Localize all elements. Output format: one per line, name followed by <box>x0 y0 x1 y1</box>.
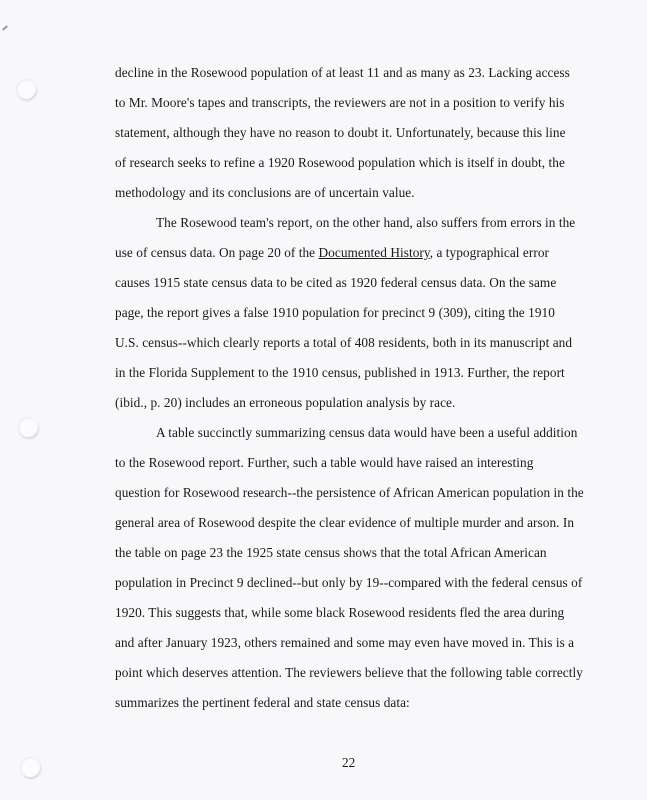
paragraph-1-line-4: of research seeks to refine a 1920 Rosew… <box>115 155 565 171</box>
paragraph-2-line-2-end: , a typographical error <box>430 245 549 260</box>
paragraph-3-line-3: question for Rosewood research--the pers… <box>115 485 584 501</box>
paragraph-3-line-4: general area of Rosewood despite the cle… <box>115 515 574 531</box>
paragraph-2-line-1: The Rosewood team's report, on the other… <box>156 215 575 231</box>
paragraph-1-line-3: statement, although they have no reason … <box>115 125 566 141</box>
paragraph-3-line-9: point which deserves attention. The revi… <box>115 665 583 681</box>
paragraph-1-line-5: methodology and its conclusions are of u… <box>115 185 415 201</box>
paragraph-3-line-5: the table on page 23 the 1925 state cens… <box>115 545 547 561</box>
punch-hole-icon <box>20 757 40 777</box>
paragraph-3-line-2: to the Rosewood report. Further, such a … <box>115 455 533 471</box>
paragraph-3-line-10: summarizes the pertinent federal and sta… <box>115 695 410 711</box>
paragraph-2-line-4: page, the report gives a false 1910 popu… <box>115 305 555 321</box>
paragraph-2-line-5: U.S. census--which clearly reports a tot… <box>115 335 572 351</box>
paragraph-2-line-2-start: use of census data. On page 20 of the <box>115 245 319 260</box>
paragraph-3-line-6: population in Precinct 9 declined--but o… <box>115 575 582 591</box>
paragraph-2-line-7: (ibid., p. 20) includes an erroneous pop… <box>115 395 455 411</box>
document-page: decline in the Rosewood population of at… <box>0 0 647 800</box>
punch-hole-icon <box>16 79 36 99</box>
paragraph-3-line-8: and after January 1923, others remained … <box>115 635 574 651</box>
paragraph-2-line-3: causes 1915 state census data to be cite… <box>115 275 556 291</box>
paragraph-1-line-1: decline in the Rosewood population of at… <box>115 65 570 81</box>
scan-mark-icon <box>2 25 8 30</box>
paragraph-1-line-2: to Mr. Moore's tapes and transcripts, th… <box>115 95 565 111</box>
paragraph-2-line-2: use of census data. On page 20 of the Do… <box>115 245 549 261</box>
paragraph-2-line-6: in the Florida Supplement to the 1910 ce… <box>115 365 565 381</box>
paragraph-3-line-1: A table succinctly summarizing census da… <box>156 425 577 441</box>
paragraph-3-line-7: 1920. This suggests that, while some bla… <box>115 605 564 621</box>
punch-hole-icon <box>18 417 38 437</box>
documented-history-title: Documented History <box>319 245 430 260</box>
page-number: 22 <box>342 755 355 771</box>
